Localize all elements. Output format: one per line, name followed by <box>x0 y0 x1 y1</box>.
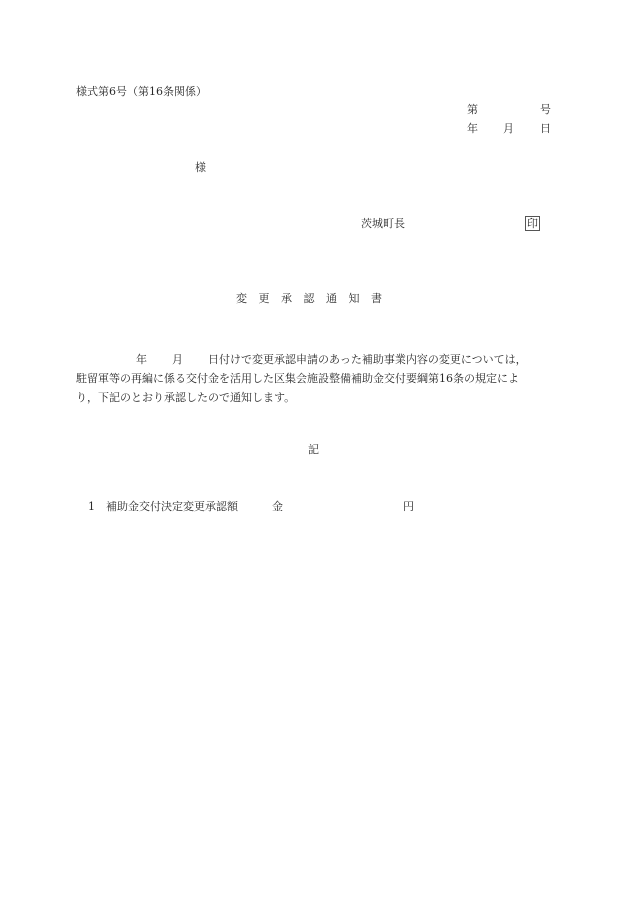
date-month: 月 <box>503 123 514 134</box>
body-line-3: り，下記のとおり承認したので通知します。 <box>76 388 556 407</box>
document-number-prefix: 第 <box>467 104 478 115</box>
item-number: 1 <box>88 501 95 512</box>
date-year: 年 <box>467 123 478 134</box>
body-line-1: 年月日付けで変更承認申請のあった補助事業内容の変更については， <box>76 350 556 369</box>
body-line-1-rest: 日付けで変更承認申請のあった補助事業内容の変更については， <box>208 353 527 366</box>
body-year: 年 <box>136 353 147 366</box>
body-line-2: 駐留軍等の再編に係る交付金を活用した区集会施設整備補助金交付要綱第16条の規定に… <box>76 369 556 388</box>
item-label: 補助金交付決定変更承認額 <box>106 501 238 512</box>
body-paragraph: 年月日付けで変更承認申請のあった補助事業内容の変更については， 駐留軍等の再編に… <box>76 350 556 407</box>
document-number-suffix: 号 <box>540 104 551 115</box>
document-title: 変更承認通知書 <box>236 293 394 304</box>
form-label: 様式第6号（第16条関係） <box>76 86 207 97</box>
ki-heading: 記 <box>308 444 319 455</box>
seal-stamp-icon: 印 <box>525 216 540 231</box>
date-day: 日 <box>540 123 551 134</box>
amount-suffix: 円 <box>403 501 414 512</box>
document-page: 様式第6号（第16条関係） 第 号 年 月 日 様 茨城町長 印 変更承認通知書… <box>0 0 630 916</box>
amount-prefix: 金 <box>272 501 283 512</box>
body-month: 月 <box>172 353 183 366</box>
addressee-suffix: 様 <box>195 162 206 173</box>
issuer-title: 茨城町長 <box>361 218 405 229</box>
